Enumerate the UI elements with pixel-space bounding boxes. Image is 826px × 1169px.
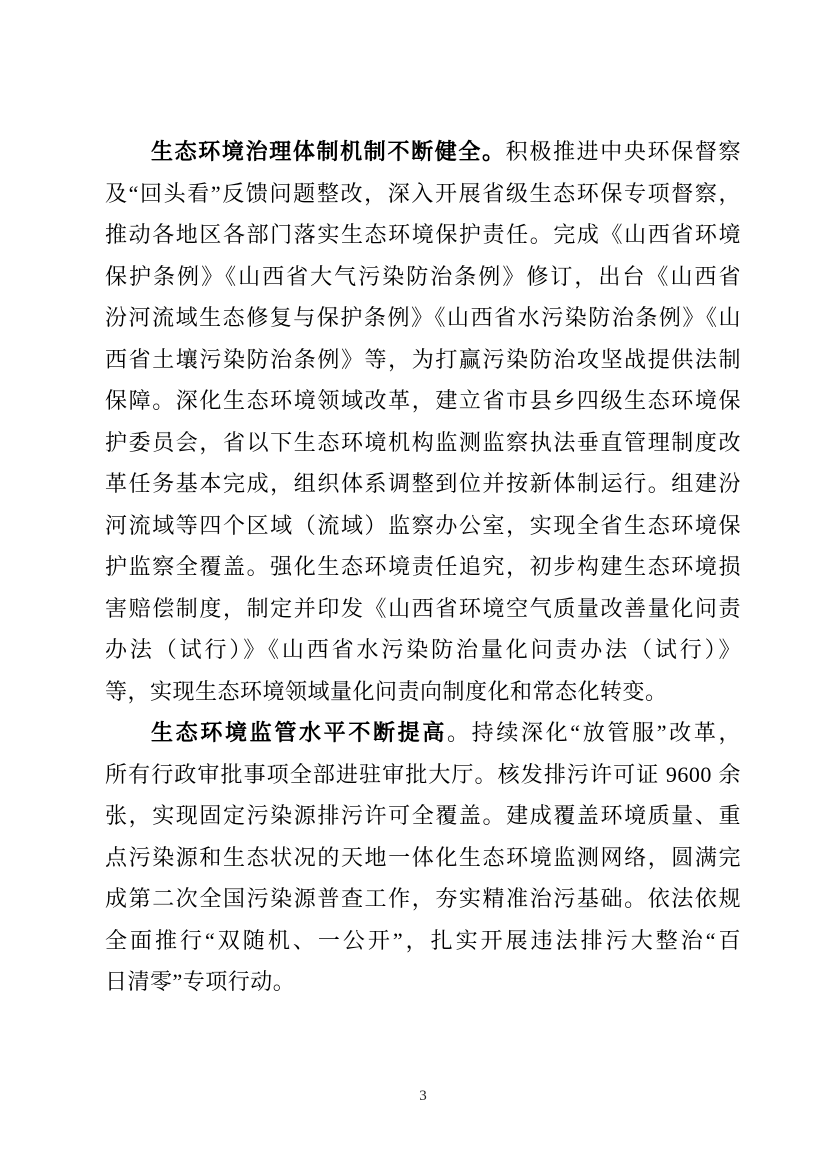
document-body: 生态环境治理体制机制不断健全。积极推进中央环保督察及“回头看”反馈问题整改，深入…: [105, 131, 741, 1003]
text-line: 西省土壤污染防治条例》等，为打赢污染防治攻坚战提供法制: [105, 339, 741, 381]
paragraph: 生态环境治理体制机制不断健全。积极推进中央环保督察及“回头看”反馈问题整改，深入…: [105, 131, 741, 712]
body-text: 等，实现生态环境领域量化问责向制度化和常态化转变。: [105, 679, 668, 704]
text-line: 革任务基本完成，组织体系调整到位并按新体制运行。组建汾: [105, 463, 741, 505]
body-text: 张，实现固定污染源排污许可全覆盖。建成覆盖环境质量、重: [105, 803, 741, 828]
text-line: 所有行政审批事项全部进驻审批大厅。核发排污许可证 9600 余: [105, 754, 741, 796]
body-text: 汾河流域生态修复与保护条例》《山西省水污染防治条例》《山: [105, 305, 741, 330]
body-text: 点污染源和生态状况的天地一体化生态环境监测网络，圆满完: [105, 845, 741, 870]
page-number: 3: [105, 1088, 741, 1105]
text-line: 推动各地区各部门落实生态环境保护责任。完成《山西省环境: [105, 214, 741, 256]
text-line: 害赔偿制度，制定并印发《山西省环境空气质量改善量化问责: [105, 588, 741, 630]
body-text: 河流域等四个区域（流域）监察办公室，实现全省生态环境保: [105, 513, 741, 538]
body-text: 积极推进中央环保督察: [506, 139, 741, 164]
paragraph: 生态环境监管水平不断提高。持续深化“放管服”改革，所有行政审批事项全部进驻审批大…: [105, 712, 741, 1003]
text-line: 日清零”专项行动。: [105, 961, 741, 1003]
text-line: 张，实现固定污染源排污许可全覆盖。建成覆盖环境质量、重: [105, 795, 741, 837]
document-page: 生态环境治理体制机制不断健全。积极推进中央环保督察及“回头看”反馈问题整改，深入…: [0, 0, 826, 1169]
text-line: 成第二次全国污染源普查工作，夯实精准治污基础。依法依规: [105, 878, 741, 920]
text-line: 等，实现生态环境领域量化问责向制度化和常态化转变。: [105, 671, 741, 713]
text-line: 保障。深化生态环境领域改革，建立省市县乡四级生态环境保: [105, 380, 741, 422]
text-line: 办法（试行）》《山西省水污染防治量化问责办法（试行）》: [105, 629, 741, 671]
body-text: 全面推行“双随机、一公开”，扎实开展违法排污大整治“百: [105, 928, 741, 953]
body-text: 所有行政审批事项全部进驻审批大厅。核发排污许可证 9600 余: [105, 762, 741, 787]
text-line: 保护条例》《山西省大气污染防治条例》修订，出台《山西省: [105, 256, 741, 298]
text-line: 护委员会，省以下生态环境机构监测监察执法垂直管理制度改: [105, 422, 741, 464]
bold-lead-text: 生态环境监管水平不断提高: [151, 720, 447, 745]
text-line: 点污染源和生态状况的天地一体化生态环境监测网络，圆满完: [105, 837, 741, 879]
body-text: 成第二次全国污染源普查工作，夯实精准治污基础。依法依规: [105, 886, 741, 911]
text-line: 生态环境治理体制机制不断健全。积极推进中央环保督察: [105, 131, 741, 173]
text-line: 生态环境监管水平不断提高。持续深化“放管服”改革，: [105, 712, 741, 754]
body-text: 及“回头看”反馈问题整改，深入开展省级生态环保专项督察，: [105, 181, 741, 206]
text-line: 及“回头看”反馈问题整改，深入开展省级生态环保专项督察，: [105, 173, 741, 215]
text-line: 河流域等四个区域（流域）监察办公室，实现全省生态环境保: [105, 505, 741, 547]
text-line: 汾河流域生态修复与保护条例》《山西省水污染防治条例》《山: [105, 297, 741, 339]
body-text: 日清零”专项行动。: [105, 969, 295, 994]
text-line: 全面推行“双随机、一公开”，扎实开展违法排污大整治“百: [105, 920, 741, 962]
body-text: 护委员会，省以下生态环境机构监测监察执法垂直管理制度改: [105, 430, 741, 455]
body-text: 。持续深化“放管服”改革，: [447, 720, 741, 745]
bold-lead-text: 生态环境治理体制机制不断健全。: [151, 139, 506, 164]
body-text: 办法（试行）》《山西省水污染防治量化问责办法（试行）》: [105, 637, 741, 662]
body-text: 保护条例》《山西省大气污染防治条例》修订，出台《山西省: [105, 264, 741, 289]
body-text: 护监察全覆盖。强化生态环境责任追究，初步构建生态环境损: [105, 554, 741, 579]
body-text: 推动各地区各部门落实生态环境保护责任。完成《山西省环境: [105, 222, 741, 247]
body-text: 革任务基本完成，组织体系调整到位并按新体制运行。组建汾: [105, 471, 741, 496]
body-text: 保障。深化生态环境领域改革，建立省市县乡四级生态环境保: [105, 388, 741, 413]
body-text: 西省土壤污染防治条例》等，为打赢污染防治攻坚战提供法制: [105, 347, 741, 372]
body-text: 害赔偿制度，制定并印发《山西省环境空气质量改善量化问责: [105, 596, 741, 621]
text-line: 护监察全覆盖。强化生态环境责任追究，初步构建生态环境损: [105, 546, 741, 588]
